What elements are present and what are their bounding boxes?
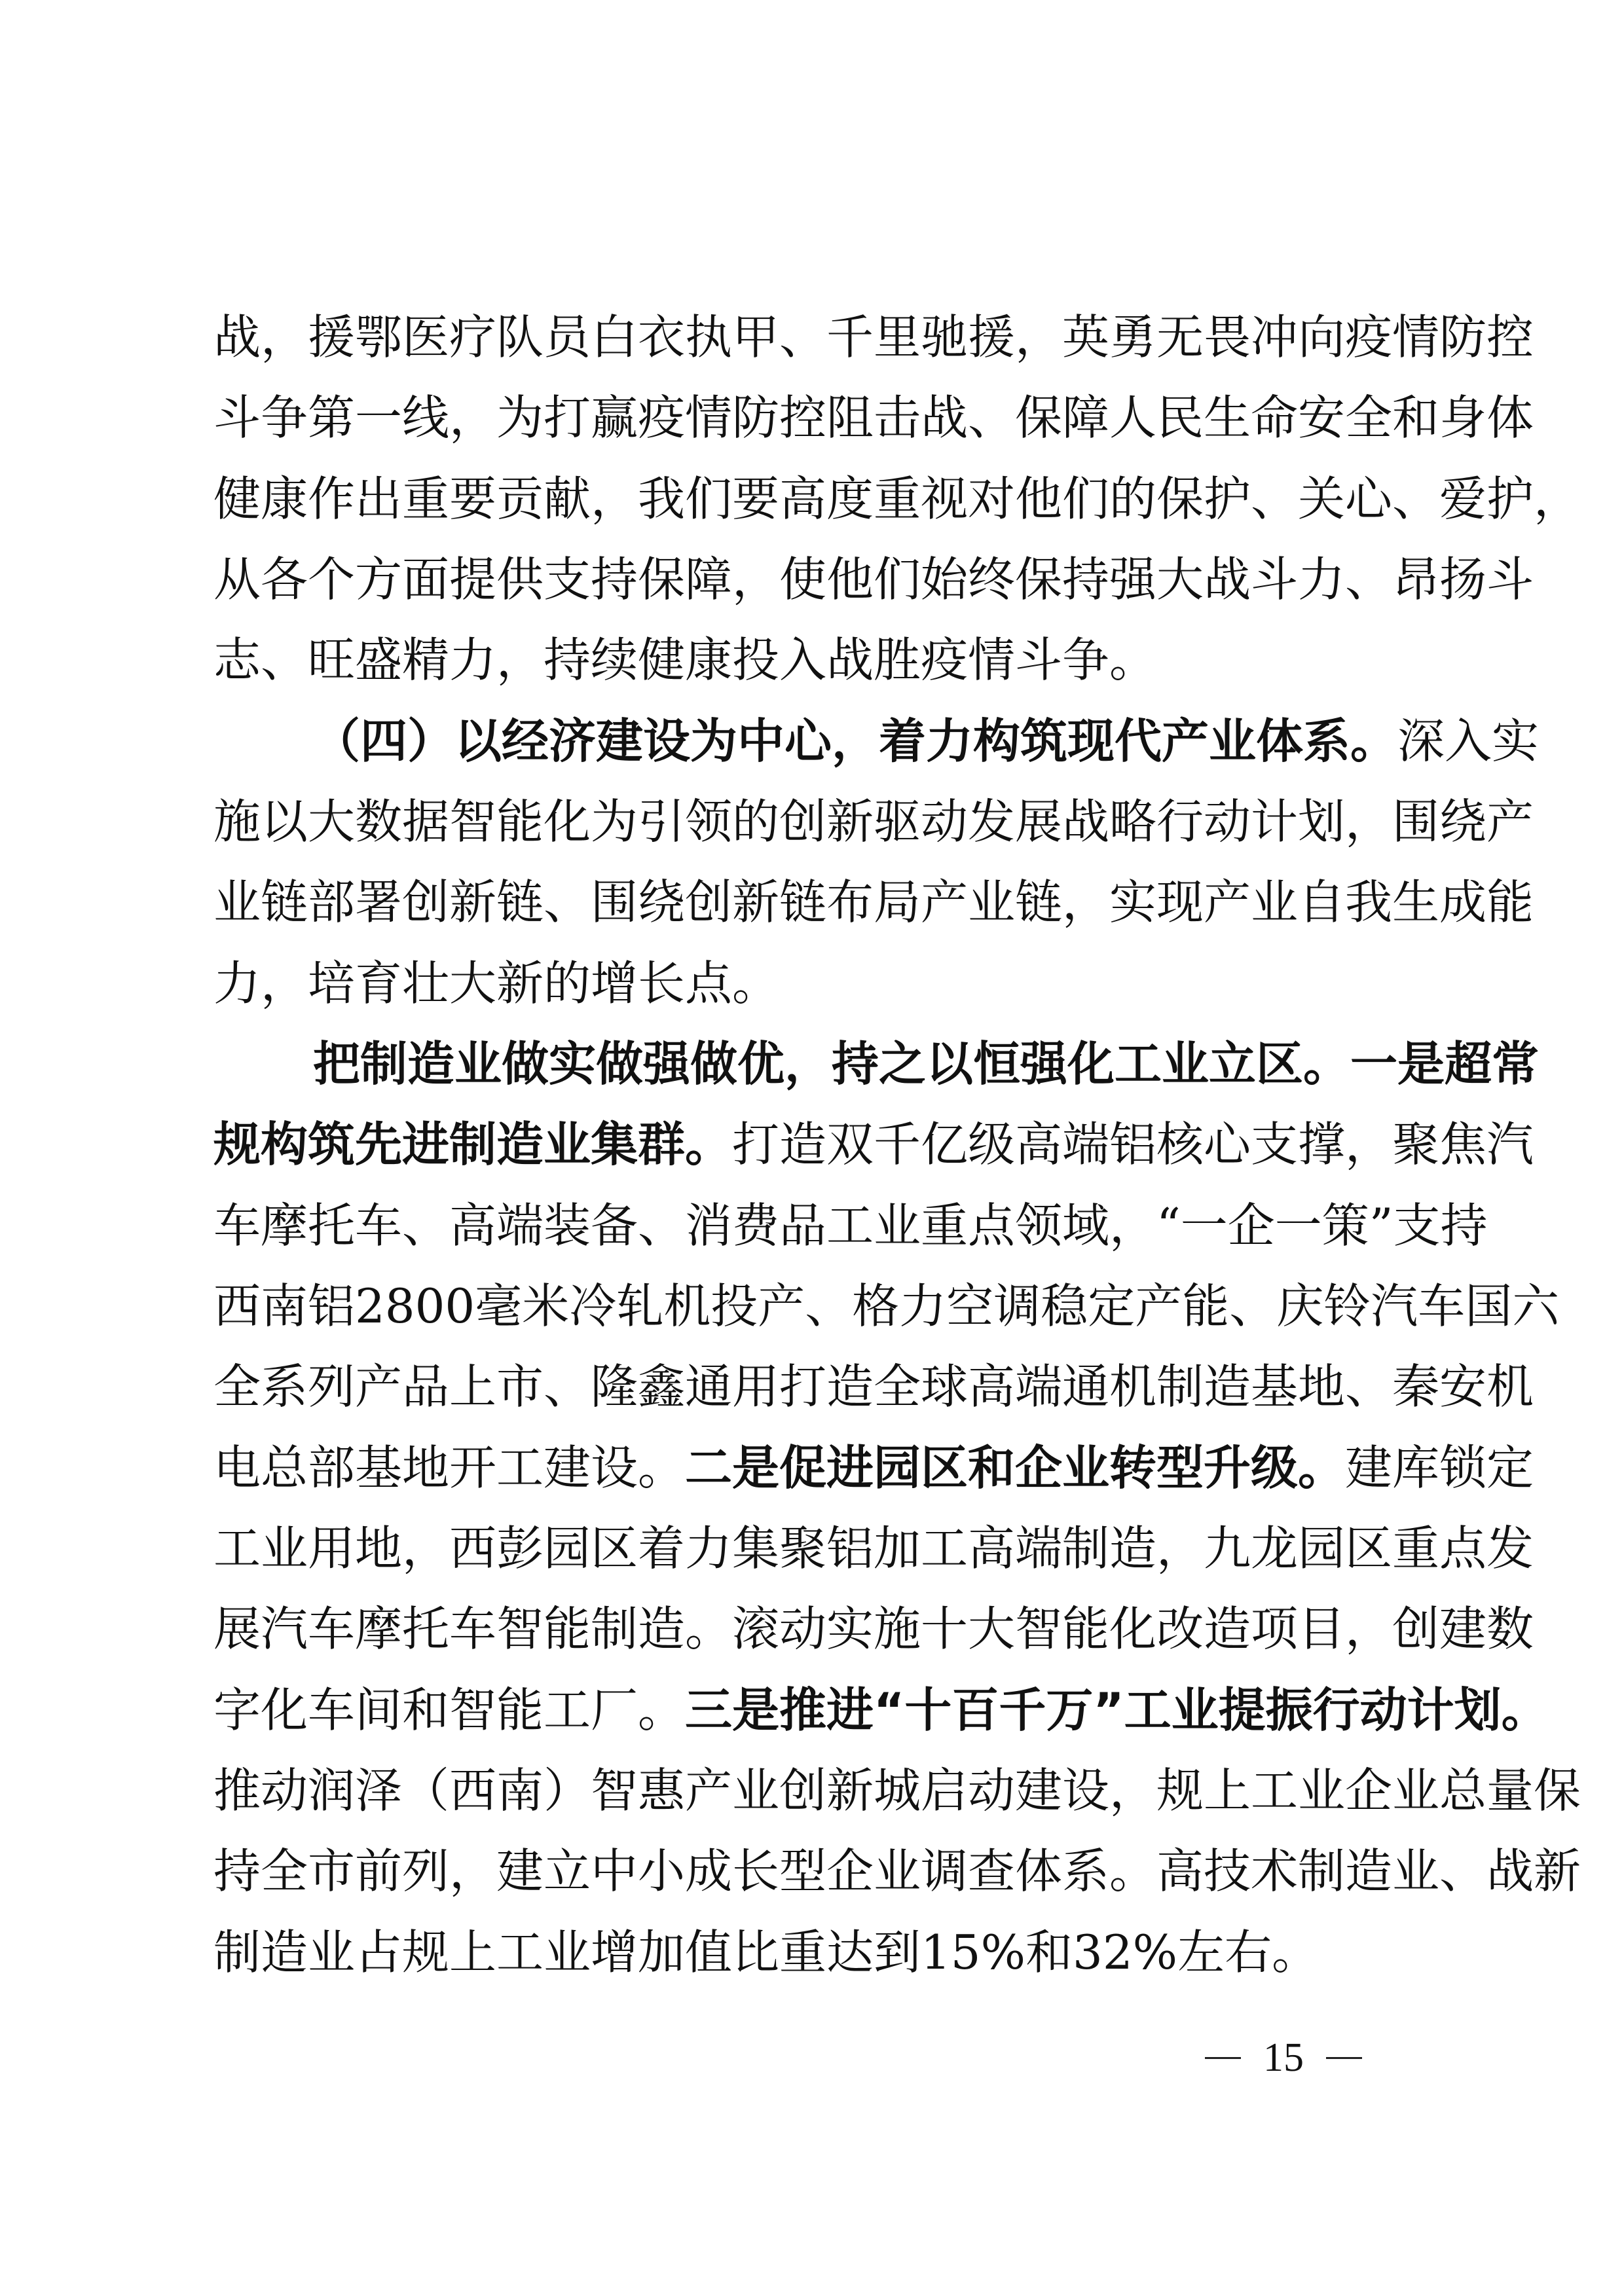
body-text-segment: 健康作出重要贡献，我们要高度重视对他们的保护、关心、爱护， [213, 471, 1581, 526]
body-text-segment: 业链部署创新链、围绕创新链布局产业链，实现产业自我生成能 [213, 875, 1534, 930]
body-text-segment: 车摩托车、高端装备、消费品工业重点领域，“一企一策”支持 [213, 1198, 1488, 1253]
text-line: 展汽车摩托车智能制造。滚动实施十大智能化改造项目，创建数 [213, 1596, 1412, 1662]
text-line: 从各个方面提供支持保障，使他们始终保持强大战斗力、昂扬斗 [213, 547, 1412, 612]
paragraph-first-line: （四）以经济建设为中心，着力构筑现代产业体系。深入实 [313, 708, 1412, 774]
text-line: 健康作出重要贡献，我们要高度重视对他们的保护、关心、爱护， [213, 466, 1412, 532]
document-page: 战，援鄂医疗队员白衣执甲、千里驰援，英勇无畏冲向疫情防控斗争第一线，为打赢疫情防… [0, 0, 1624, 2296]
body-text-segment: 展汽车摩托车智能制造。滚动实施十大智能化改造项目，创建数 [213, 1601, 1534, 1656]
text-line: 西南铝2800毫米冷轧机投产、格力空调稳定产能、庆铃汽车国六 [213, 1273, 1412, 1339]
body-text-segment: 建库锁定 [1345, 1440, 1534, 1495]
bold-heading-text: 二是促进园区和企业转型升级。 [685, 1440, 1345, 1495]
dash-right [1326, 2057, 1362, 2059]
body-text-segment: 从各个方面提供支持保障，使他们始终保持强大战斗力、昂扬斗 [213, 552, 1534, 607]
text-line: 施以大数据智能化为引领的创新驱动发展战略行动计划，围绕产 [213, 789, 1412, 854]
dash-left [1205, 2057, 1241, 2059]
text-line: 业链部署创新链、围绕创新链布局产业链，实现产业自我生成能 [213, 869, 1412, 935]
text-line: 志、旺盛精力，持续健康投入战胜疫情斗争。 [213, 627, 1412, 693]
body-text-segment: 推动润泽（西南）智惠产业创新城启动建设，规上工业企业总量保 [213, 1763, 1581, 1818]
text-line: 斗争第一线，为打赢疫情防控阻击战、保障人民生命安全和身体 [213, 385, 1412, 450]
body-text-segment: 制造业占规上工业增加值比重达到15%和32%左右。 [213, 1925, 1319, 1980]
text-line: 持全市前列，建立中小成长型企业调查体系。高技术制造业、战新 [213, 1838, 1412, 1904]
body-text-segment: 打造双千亿级高端铝核心支撑，聚焦汽 [732, 1117, 1534, 1172]
bold-heading-text: 把制造业做实做强做优，持之以恒强化工业立区。一是超常 [313, 1036, 1539, 1091]
body-text-segment: 工业用地，西彭园区着力集聚铝加工高端制造，九龙园区重点发 [213, 1521, 1534, 1576]
text-line: 全系列产品上市、隆鑫通用打造全球高端通机制造基地、秦安机 [213, 1354, 1412, 1419]
bold-heading-text: （四）以经济建设为中心，着力构筑现代产业体系。 [313, 714, 1397, 769]
text-line: 战，援鄂医疗队员白衣执甲、千里驰援，英勇无畏冲向疫情防控 [213, 304, 1412, 370]
text-line: 字化车间和智能工厂。三是推进“十百千万”工业提振行动计划。 [213, 1677, 1412, 1743]
body-text-segment: 施以大数据智能化为引领的创新驱动发展战略行动计划，围绕产 [213, 794, 1534, 849]
text-line: 车摩托车、高端装备、消费品工业重点领域，“一企一策”支持 [213, 1193, 1412, 1258]
body-text-segment: 志、旺盛精力，持续健康投入战胜疫情斗争。 [213, 632, 1156, 687]
paragraph-first-line: 把制造业做实做强做优，持之以恒强化工业立区。一是超常 [313, 1031, 1412, 1097]
body-text-segment: 力，培育壮大新的增长点。 [213, 956, 779, 1011]
text-line: 工业用地，西彭园区着力集聚铝加工高端制造，九龙园区重点发 [213, 1516, 1412, 1581]
body-text-segment: 持全市前列，建立中小成长型企业调查体系。高技术制造业、战新 [213, 1844, 1581, 1899]
text-line: 电总部基地开工建设。二是促进园区和企业转型升级。建库锁定 [213, 1435, 1412, 1501]
text-line: 力，培育壮大新的增长点。 [213, 951, 1412, 1016]
body-text-segment: 电总部基地开工建设。 [213, 1440, 685, 1495]
body-text-segment: 西南铝2800毫米冷轧机投产、格力空调稳定产能、庆铃汽车国六 [213, 1279, 1559, 1334]
text-line: 制造业占规上工业增加值比重达到15%和32%左右。 [213, 1920, 1412, 1985]
page-number-value: 15 [1263, 2028, 1304, 2087]
text-line: 规构筑先进制造业集群。打造双千亿级高端铝核心支撑，聚焦汽 [213, 1112, 1412, 1177]
body-text-segment: 深入实 [1397, 714, 1539, 769]
body-text-segment: 字化车间和智能工厂。 [213, 1683, 685, 1738]
text-line: 推动润泽（西南）智惠产业创新城启动建设，规上工业企业总量保 [213, 1758, 1412, 1823]
body-text-segment: 斗争第一线，为打赢疫情防控阻击战、保障人民生命安全和身体 [213, 390, 1534, 445]
bold-heading-text: 规构筑先进制造业集群。 [213, 1117, 732, 1172]
body-text-segment: 全系列产品上市、隆鑫通用打造全球高端通机制造基地、秦安机 [213, 1359, 1534, 1414]
body-text-segment: 战，援鄂医疗队员白衣执甲、千里驰援，英勇无畏冲向疫情防控 [213, 310, 1534, 365]
bold-heading-text: 三是推进“十百千万”工业提振行动计划。 [685, 1683, 1549, 1738]
page-number: 15 [1205, 2028, 1401, 2087]
